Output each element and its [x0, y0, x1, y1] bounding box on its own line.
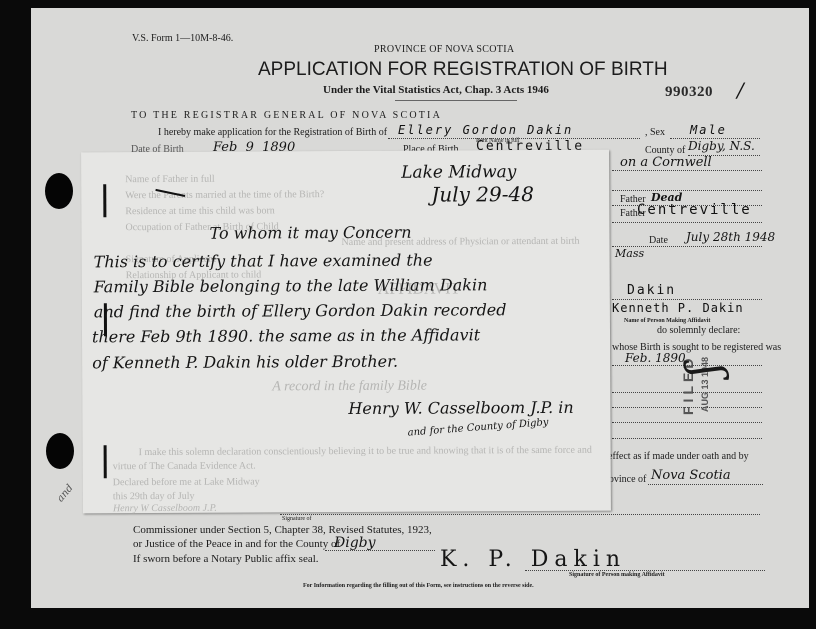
ghost-line: virtue of The Canada Evidence Act. [113, 460, 256, 472]
date-value: July 28th 1948 [686, 230, 775, 244]
commissioner-county: Digby [334, 535, 376, 551]
ghost-line: A record in the family Bible [272, 379, 427, 396]
commissioner-line2: or Justice of the Peace in and for the C… [133, 538, 340, 550]
ghost-line: Residence at time this child was born [125, 205, 274, 217]
row3-line [612, 170, 762, 171]
right-line-5 [612, 422, 762, 423]
signature-of-label: Signature of [282, 516, 312, 522]
note-signature: Henry W. Casselboom J.P. in [348, 398, 573, 418]
date-label: Date [649, 235, 668, 246]
oath-label: effect as if made under oath and by [608, 451, 749, 462]
province-value: Nova Scotia [651, 468, 731, 483]
registration-number: 990320 [665, 84, 713, 101]
affiant-signature-label: Signature of Person making Affidavit [569, 572, 665, 578]
punch-hole-bottom [46, 433, 74, 469]
affiant-name: Kenneth P. Dakin [612, 301, 744, 315]
affiant-signature: K. P. Dakin [440, 547, 626, 572]
note-date: July 29-48 [431, 182, 534, 207]
ghost-line: Declared before me at Lake Midway [113, 476, 260, 488]
affiant-surname-line [612, 299, 762, 300]
province-heading: PROVINCE OF NOVA SCOTIA [374, 44, 514, 55]
ghost-line: this 29th day of July [113, 491, 195, 502]
staple-mark [104, 445, 107, 478]
row3-value-b: on a Cornwell [620, 155, 712, 170]
ghost-line: Name of Father in full [125, 174, 214, 185]
registered-value: Feb. 1890 [625, 351, 686, 365]
affiant-signature-line [525, 570, 765, 571]
staple-mark [103, 184, 106, 217]
province-line [648, 484, 763, 485]
ghost-line: Henry W Casselboom J.P. [113, 503, 217, 515]
commissioner-line1: Commissioner under Section 5, Chapter 38… [133, 524, 432, 536]
applicant-name: Ellery Gordon Dakin [398, 123, 573, 137]
note-salutation: To whom it may Concern [209, 223, 411, 243]
sex-value: Male [690, 123, 727, 137]
note-body-line: Family Bible belonging to the late Willi… [94, 275, 488, 296]
signature-line [280, 514, 760, 515]
note-body-line: This is to certify that I have examined … [94, 251, 433, 272]
affiant-surname: Dakin [627, 283, 676, 298]
notary-line: If sworn before a Notary Public affix se… [133, 553, 319, 565]
note-place: Lake Midway [401, 162, 516, 183]
right-line-1 [612, 190, 762, 191]
mass-value: Mass [615, 247, 644, 260]
county-value: Digby, N.S. [688, 139, 755, 153]
form-subtitle: Under the Vital Statistics Act, Chap. 3 … [323, 84, 549, 96]
subtitle-rule [395, 100, 517, 101]
note-signature-line2: and for the County of Digby [407, 417, 549, 439]
application-label: I hereby make application for the Regist… [158, 127, 387, 138]
addressee: TO THE REGISTRAR GENERAL OF NOVA SCOTIA [131, 110, 442, 121]
ghost-line: I make this solemn declaration conscient… [139, 445, 592, 458]
attached-note: Name of Father in full Were the Parents … [81, 150, 611, 514]
form-footer: For Information regarding the filling ou… [303, 583, 534, 589]
form-code: V.S. Form 1—10M-8-46. [132, 33, 233, 44]
filed-stamp: FILED [680, 355, 696, 415]
scan-border [31, 608, 809, 629]
right-line-6 [612, 438, 762, 439]
note-body-line: there Feb 9th 1890. the same as in the A… [92, 325, 480, 346]
note-body-line: of Kenneth P. Dakin his older Brother. [92, 352, 398, 373]
punch-hole-top [45, 173, 73, 209]
right-line-2 [612, 222, 762, 223]
note-body-line: and find the birth of Ellery Gordon Daki… [94, 300, 507, 321]
form-title: APPLICATION FOR REGISTRATION OF BIRTH [258, 59, 668, 81]
sex-label: , Sex [645, 127, 665, 138]
affiant-label: Name of Person Making Affidavit [624, 318, 710, 324]
declare-label: do solemnly declare: [657, 325, 740, 336]
check-mark: / [737, 78, 744, 102]
father2-value: Centreville [637, 202, 752, 218]
